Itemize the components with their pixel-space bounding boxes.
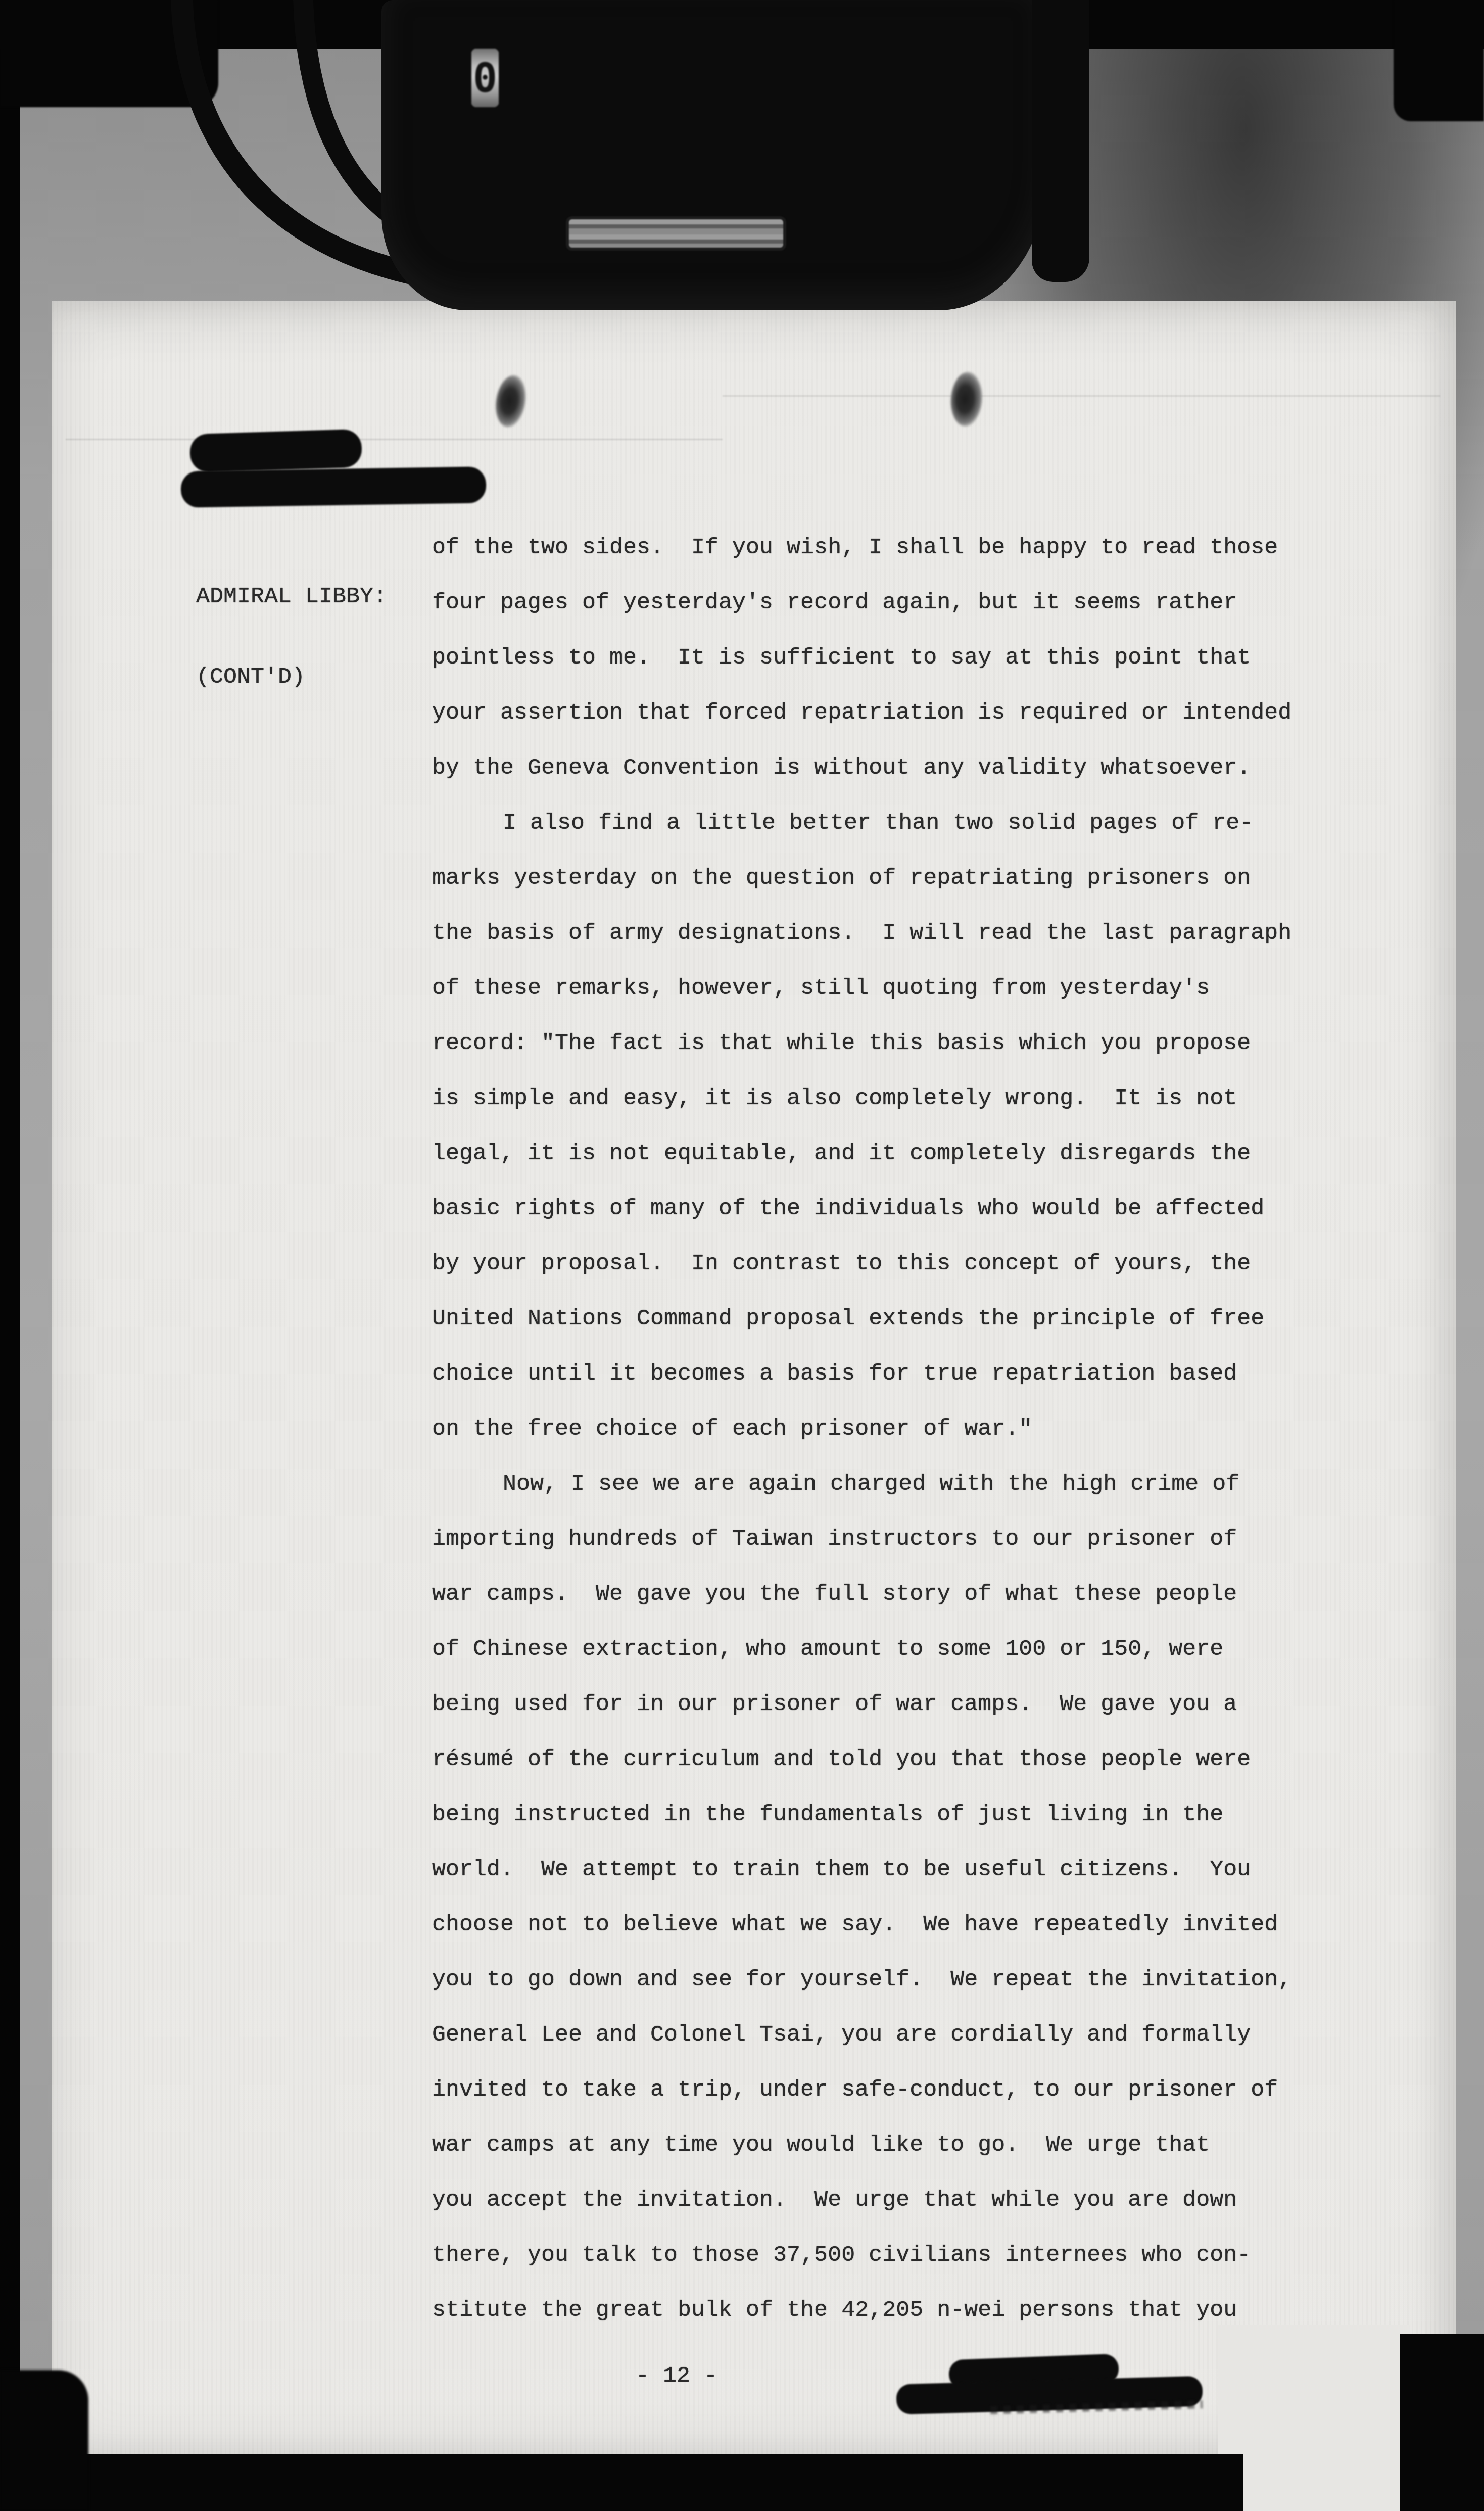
typed-line: General Lee and Colonel Tsai, you are co… bbox=[432, 2022, 1251, 2053]
typed-line: résumé of the curriculum and told you th… bbox=[432, 1746, 1251, 1778]
typed-line: United Nations Command proposal extends … bbox=[432, 1306, 1264, 1337]
microfilm-counter-device: 000720 bbox=[381, 0, 1044, 310]
typed-line: importing hundreds of Taiwan instructors… bbox=[432, 1526, 1237, 1557]
typed-line: of Chinese extraction, who amount to som… bbox=[432, 1636, 1223, 1668]
typed-line: choose not to believe what we say. We ha… bbox=[432, 1912, 1278, 1943]
typed-line: legal, it is not equitable, and it compl… bbox=[432, 1141, 1251, 1172]
typed-line: on the free choice of each prisoner of w… bbox=[432, 1416, 1032, 1447]
typed-line: stitute the great bulk of the 42,205 n-w… bbox=[432, 2297, 1237, 2329]
typed-line: is simple and easy, it is also completel… bbox=[432, 1085, 1237, 1117]
film-corner-top-right bbox=[1394, 0, 1484, 121]
typed-line: choice until it becomes a basis for true… bbox=[432, 1361, 1237, 1392]
typed-line: there, you talk to those 37,500 civilian… bbox=[432, 2242, 1251, 2273]
typed-line: I also find a little better than two sol… bbox=[432, 810, 1253, 841]
typed-line: war camps. We gave you the full story of… bbox=[432, 1581, 1237, 1613]
typed-line: marks yesterday on the question of repat… bbox=[432, 865, 1251, 896]
typed-line: four pages of yesterday's record again, … bbox=[432, 590, 1237, 621]
typed-line: record: "The fact is that while this bas… bbox=[432, 1030, 1251, 1062]
counter-digit-wheel: 0 bbox=[471, 49, 499, 107]
typed-line: the basis of army designations. I will r… bbox=[432, 920, 1291, 952]
typed-line: world. We attempt to train them to be us… bbox=[432, 1857, 1251, 1888]
typed-line: pointless to me. It is sufficient to say… bbox=[432, 645, 1251, 676]
typed-line: of these remarks, however, still quoting… bbox=[432, 975, 1210, 1007]
typed-line: invited to take a trip, under safe-condu… bbox=[432, 2077, 1278, 2108]
typed-line: Now, I see we are again charged with the… bbox=[432, 1471, 1239, 1502]
typed-line: your assertion that forced repatriation … bbox=[432, 700, 1291, 731]
typed-line: being used for in our prisoner of war ca… bbox=[432, 1691, 1237, 1723]
film-corner-bottom-left bbox=[0, 2370, 88, 2511]
typed-line: basic rights of many of the individuals … bbox=[432, 1196, 1264, 1227]
typed-line: being instructed in the fundamentals of … bbox=[432, 1802, 1223, 1833]
typed-line: you to go down and see for yourself. We … bbox=[432, 1967, 1291, 1998]
page-number: - 12 - bbox=[636, 2363, 717, 2389]
typed-line: war camps at any time you would like to … bbox=[432, 2132, 1210, 2163]
microfilm-frame: ADMIRAL LIBBY: (CONT'D) of the two sides… bbox=[0, 0, 1484, 2511]
counter-arm bbox=[1032, 0, 1089, 282]
typed-body-text: of the two sides. If you wish, I shall b… bbox=[0, 0, 1484, 2511]
film-band-bottom-right bbox=[1400, 2334, 1484, 2511]
typed-line: of the two sides. If you wish, I shall b… bbox=[432, 535, 1278, 566]
typed-line: you accept the invitation. We urge that … bbox=[432, 2187, 1237, 2218]
typed-line: by the Geneva Convention is without any … bbox=[432, 755, 1251, 786]
counter-slider bbox=[566, 216, 786, 251]
film-band-bottom bbox=[0, 2454, 1243, 2511]
typed-line: by your proposal. In contrast to this co… bbox=[432, 1251, 1251, 1282]
